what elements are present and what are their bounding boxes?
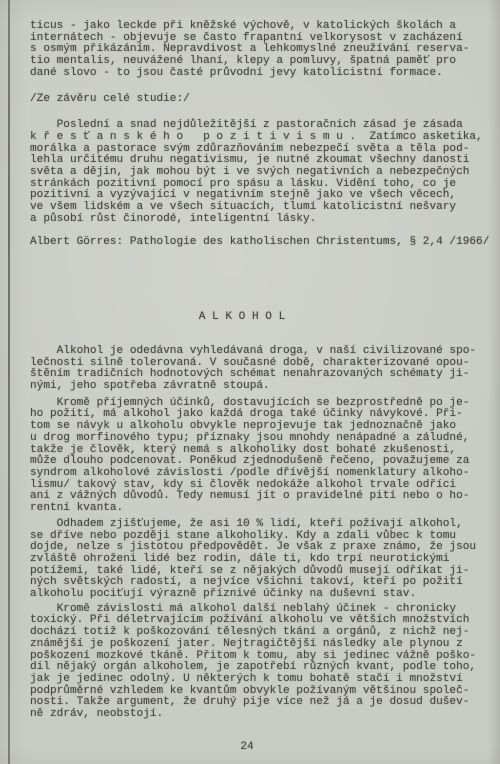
study-conclusion-note: /Ze závěru celé studie:/ bbox=[30, 94, 496, 106]
article-paragraph-4: Kromě závislosti má alkohol další neblah… bbox=[30, 604, 496, 721]
page-number: 24 bbox=[30, 742, 464, 754]
article-paragraph-3: Odhadem zjišťujeme, že asi 10 % lidí, kt… bbox=[30, 519, 496, 601]
article-title: A L K O H O L bbox=[30, 312, 454, 324]
page-left-edge-line bbox=[8, 0, 10, 764]
intro-paragraph-continued: ticus - jako leckde při kněžské výchově,… bbox=[30, 21, 496, 80]
scanned-typewritten-page: ticus - jako leckde při kněžské výchově,… bbox=[0, 0, 500, 764]
article-paragraph-2: Kromě příjemných účinků, dostavujících s… bbox=[30, 398, 496, 515]
page-text-content: ticus - jako leckde při kněžské výchově,… bbox=[30, 21, 496, 753]
article-paragraph-1: Alkohol je odedávna vyhledávaná droga, v… bbox=[30, 346, 496, 393]
christian-positivism-paragraph: Poslední a snad nejdůležitější z pastora… bbox=[30, 120, 496, 225]
source-citation: Albert Görres: Pathologie des katholisch… bbox=[30, 237, 496, 249]
